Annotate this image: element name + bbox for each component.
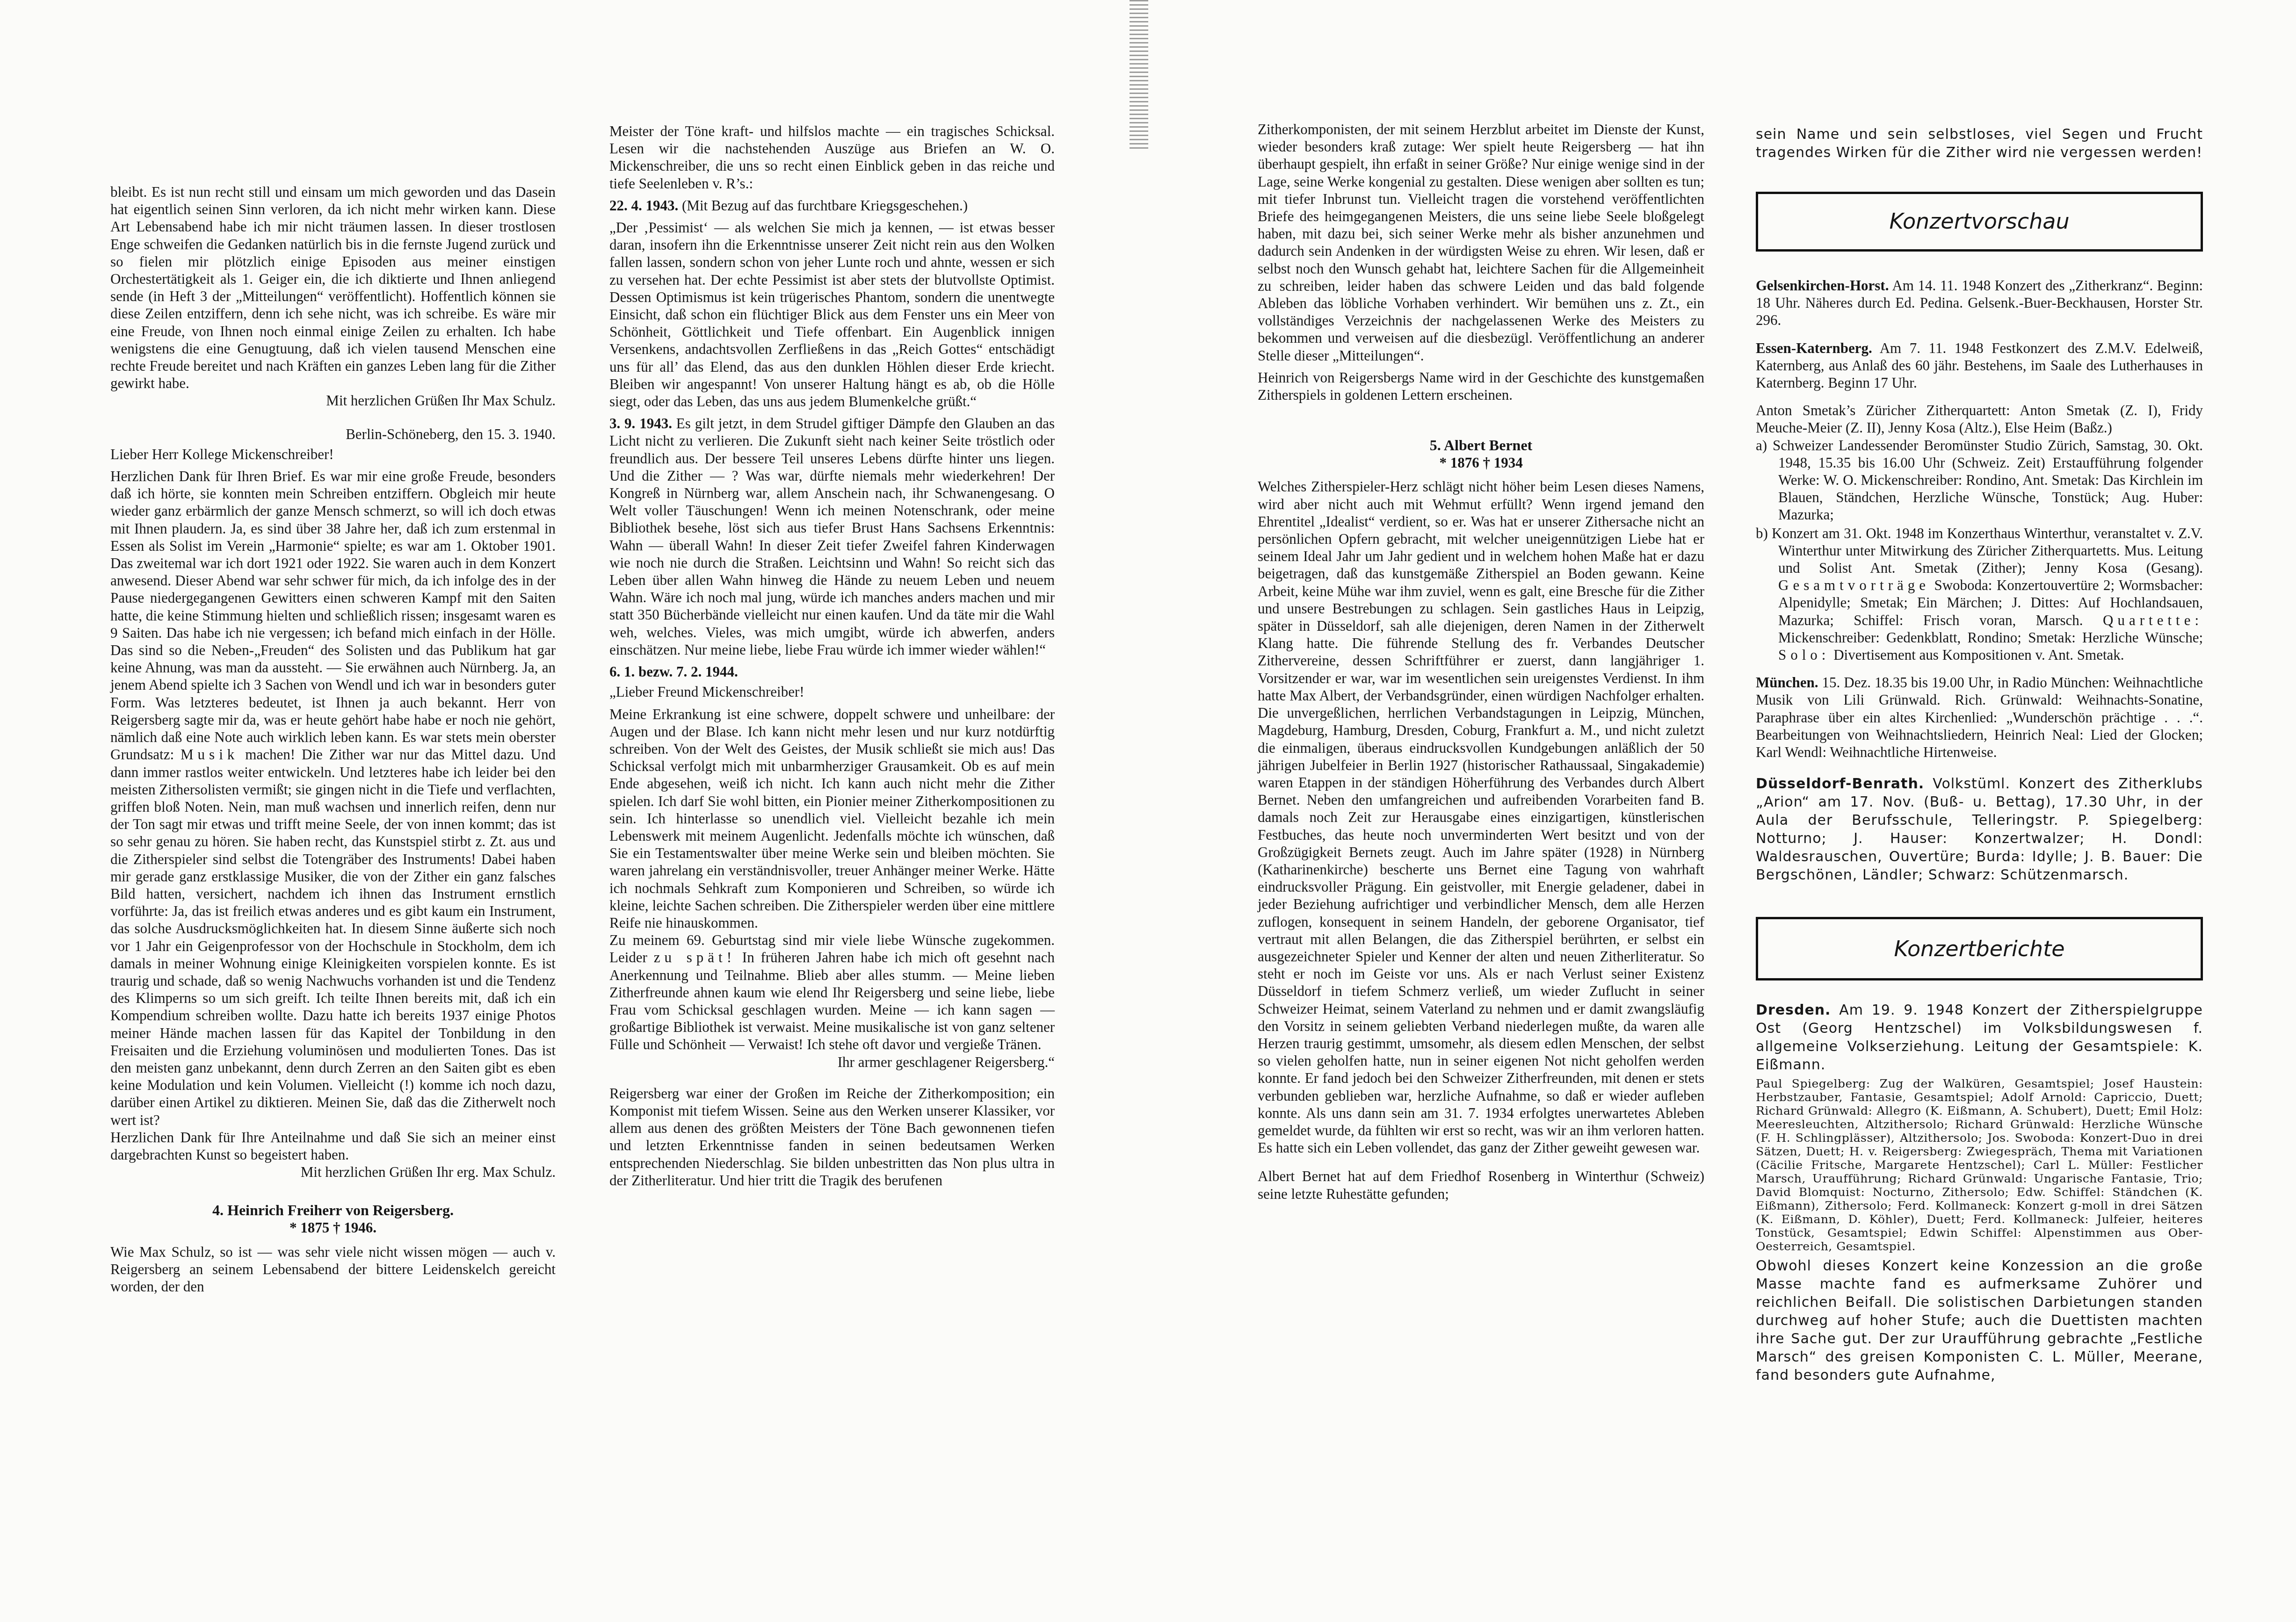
concert-entry: Düsseldorf-Benrath. Volkstüml. Konzert d…	[1756, 775, 2203, 884]
article-paragraph: Heinrich von Reigersbergs Name wird in d…	[1258, 369, 1704, 404]
entry-location: Dresden.	[1756, 1002, 1831, 1018]
box-title: Konzertberichte	[1894, 940, 2064, 958]
section-box-konzertberichte: Konzertberichte	[1756, 917, 2203, 980]
column-2: Meister der Töne kraft- und hilfslos mac…	[609, 123, 1055, 1194]
letter-paragraph: bleibt. Es ist nun recht still und einsa…	[110, 183, 556, 392]
letter-date: 22. 4. 1943.	[609, 197, 678, 214]
spaced-emphasis: Musik	[181, 746, 239, 763]
concert-entry: München. 15. Dez. 18.35 bis 19.00 Uhr, i…	[1756, 674, 2203, 761]
article-paragraph: Zitherkomponisten, der mit seinem Herzbl…	[1258, 121, 1704, 364]
report-review: Obwohl dieses Konzert keine Konzession a…	[1756, 1257, 2203, 1384]
entry-location: Gelsenkirchen-Horst.	[1756, 277, 1889, 294]
entry-location: München.	[1756, 674, 1818, 691]
letter-quote: Zu meinem 69. Geburtstag sind mir viele …	[609, 931, 1055, 1053]
concert-entry: Anton Smetak’s Züricher Zitherquartett: …	[1756, 402, 2203, 436]
letter-paragraph: Herzlichen Dank für Ihre Anteilnahme und…	[110, 1129, 556, 1163]
section-heading: 5. Albert Bernet	[1258, 436, 1704, 454]
article-paragraph: sein Name und sein selbstloses, viel Seg…	[1756, 125, 2203, 162]
concert-subentry: a) Schweizer Landessender Beromünster St…	[1756, 437, 2203, 524]
column-1: bleibt. Es ist nun recht still und einsa…	[110, 183, 556, 1300]
section-heading: 4. Heinrich Freiherr von Reigersberg.	[110, 1201, 556, 1219]
letter-entry: 3. 9. 1943. Es gilt jetzt, in dem Strude…	[609, 415, 1055, 658]
column-3: Zitherkomponisten, der mit seinem Herzbl…	[1258, 121, 1704, 1207]
life-dates: * 1875 † 1946.	[110, 1219, 556, 1236]
letter-signature: Mit herzlichen Grüßen Ihr Max Schulz.	[110, 392, 556, 409]
report-entry: Dresden. Am 19. 9. 1948 Konzert der Zith…	[1756, 1001, 2203, 1074]
box-title: Konzertvorschau	[1889, 213, 2069, 230]
letter-place-date: Berlin-Schöneberg, den 15. 3. 1940.	[110, 425, 556, 443]
letter-signature: Mit herzlichen Grüßen Ihr erg. Max Schul…	[110, 1163, 556, 1181]
letter-quote: „Der ‚Pessimist‘ — als welchen Sie mich …	[609, 219, 1055, 410]
article-paragraph: Meister der Töne kraft- und hilfslos mac…	[609, 123, 1055, 192]
article-paragraph: Welches Zitherspieler-Herz schlägt nicht…	[1258, 478, 1704, 1156]
column-4: sein Name und sein selbstloses, viel Seg…	[1756, 125, 2203, 1389]
page-gutter	[1130, 0, 1148, 150]
letter-paragraph: Herzlichen Dank für Ihren Brief. Es war …	[110, 468, 556, 1129]
article-paragraph: Albert Bernet hat auf dem Friedhof Rosen…	[1258, 1168, 1704, 1202]
letter-salutation: Lieber Herr Kollege Mickenschreiber!	[110, 446, 556, 463]
letter-salutation: „Lieber Freund Mickenschreiber!	[609, 683, 1055, 700]
report-program: Paul Spiegelberg: Zug der Walküren, Gesa…	[1756, 1077, 2203, 1253]
section-box-konzertvorschau: Konzertvorschau	[1756, 192, 2203, 252]
entry-location: Düsseldorf-Benrath.	[1756, 776, 1924, 792]
concert-subentry: b) Konzert am 31. Okt. 1948 im Konzertha…	[1756, 525, 2203, 664]
concert-entry: Essen-Katernberg. Am 7. 11. 1948 Festkon…	[1756, 339, 2203, 392]
concert-entry: Gelsenkirchen-Horst. Am 14. 11. 1948 Kon…	[1756, 277, 2203, 329]
article-paragraph: Reigersberg war einer der Großen im Reic…	[609, 1085, 1055, 1189]
spaced-emphasis: zu spät!	[654, 949, 736, 966]
letter-signature: Ihr armer geschlagener Reigersberg.“	[609, 1053, 1055, 1071]
letter-entry: 22. 4. 1943. (Mit Bezug auf das furchtba…	[609, 197, 1055, 214]
life-dates: * 1876 † 1934	[1258, 454, 1704, 471]
letter-date: 6. 1. bezw. 7. 2. 1944.	[609, 663, 1055, 680]
article-paragraph: Wie Max Schulz, so ist — was sehr viele …	[110, 1243, 556, 1296]
entry-location: Essen-Katernberg.	[1756, 340, 1872, 356]
letter-quote: Meine Erkrankung ist eine schwere, doppe…	[609, 706, 1055, 932]
letter-date: 3. 9. 1943.	[609, 415, 672, 432]
